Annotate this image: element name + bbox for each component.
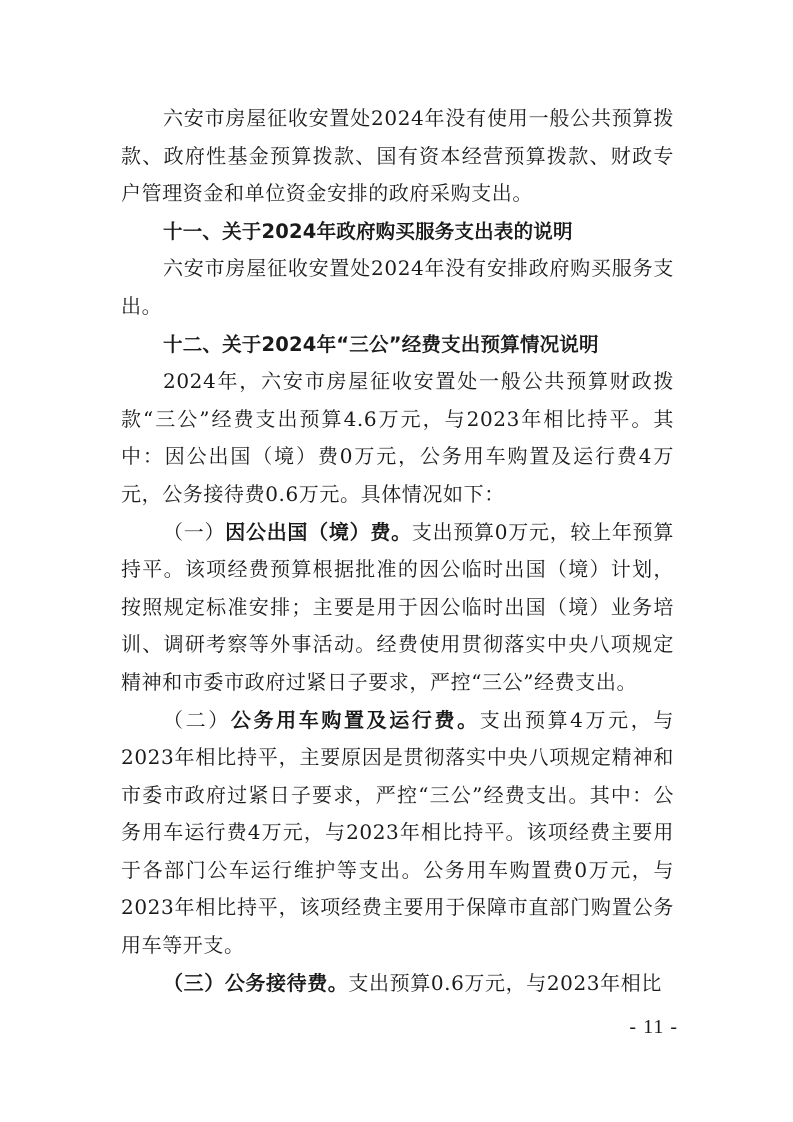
section-heading-12: 十二、关于2024年“三公”经费支出预算情况说明 — [121, 326, 674, 364]
paragraph-official-reception: （三）公务接待费。支出预算0.6万元，与2023年相比 — [121, 965, 674, 1003]
paragraph-overseas-travel: （一）因公出国（境）费。支出预算0万元，较上年预算持平。该项经费预算根据批准的因… — [121, 514, 674, 702]
paragraph-official-vehicles: （二）公务用车购置及运行费。支出预算4万元，与2023年相比持平，主要原因是贯彻… — [121, 702, 674, 965]
item-body: 支出预算0.6万元，与2023年相比 — [348, 971, 662, 995]
page-number: - 11 - — [612, 1016, 678, 1039]
item-prefix: （一） — [163, 520, 225, 544]
item-lead: 公务接待费。 — [225, 971, 349, 995]
item-lead: 因公出国（境）费。 — [225, 520, 412, 544]
document-page: 六安市房屋征收安置处2024年没有使用一般公共预算拨款、政府性基金预算拨款、国有… — [121, 100, 674, 1002]
item-prefix: （二） — [163, 708, 231, 732]
paragraph-purchase-services: 六安市房屋征收安置处2024年没有安排政府购买服务支出。 — [121, 250, 674, 325]
paragraph-procurement: 六安市房屋征收安置处2024年没有使用一般公共预算拨款、政府性基金预算拨款、国有… — [121, 100, 674, 213]
item-prefix: （三） — [163, 971, 225, 995]
item-lead: 公务用车购置及运行费。 — [231, 708, 480, 732]
item-body: 支出预算4万元，与2023年相比持平，主要原因是贯彻落实中央八项规定精神和市委市… — [121, 708, 674, 958]
item-body: 支出预算0万元，较上年预算持平。该项经费预算根据批准的因公临时出国（境）计划，按… — [121, 520, 674, 694]
section-heading-11: 十一、关于2024年政府购买服务支出表的说明 — [121, 213, 674, 251]
paragraph-three-public-summary: 2024年，六安市房屋征收安置处一般公共预算财政拨款“三公”经费支出预算4.6万… — [121, 363, 674, 513]
